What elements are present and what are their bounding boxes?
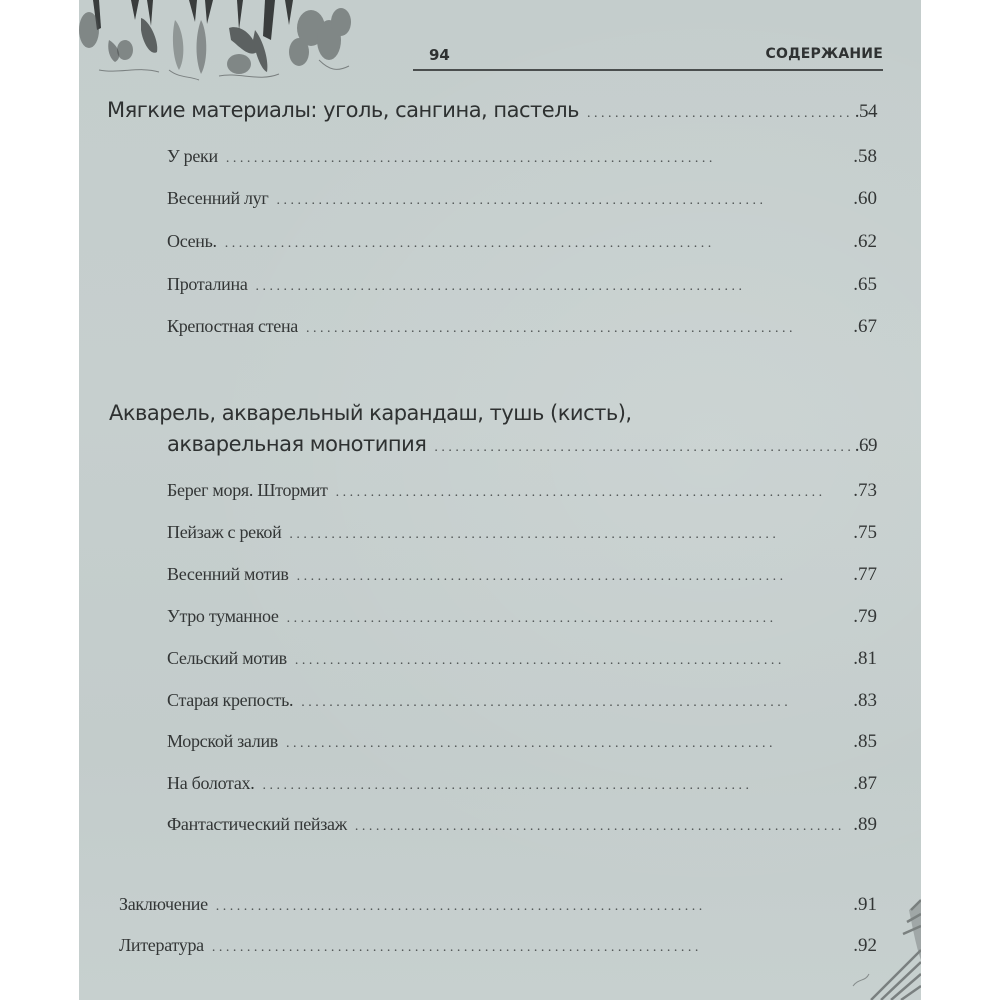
dot-leader	[434, 440, 851, 456]
toc-entry[interactable]: Фантастический пейзаж .89	[167, 814, 877, 836]
toc-entry-title: На болотах.	[167, 773, 254, 794]
toc-page-number: .60	[853, 188, 877, 210]
toc-entry-conclusion[interactable]: Заключение .91	[119, 894, 877, 916]
page-number: 94	[429, 46, 450, 64]
toc-entry-title: Заключение	[119, 894, 208, 915]
dot-leader	[262, 778, 850, 794]
dot-leader	[256, 279, 851, 295]
toc-page-number: .67	[853, 316, 877, 338]
toc-page-number: .91	[853, 894, 877, 916]
toc-page-number: .75	[853, 522, 877, 544]
toc-entry-title: Литература	[119, 935, 204, 956]
running-head-title: СОДЕРЖАНИЕ	[766, 46, 883, 62]
book-page: 94 СОДЕРЖАНИЕ Мягкие материалы: уголь, с…	[79, 0, 921, 1000]
dot-leader	[355, 819, 850, 835]
toc-entry[interactable]: Весенний мотив .77	[167, 564, 877, 586]
dot-leader	[287, 611, 851, 627]
toc-page-number: .79	[853, 606, 877, 628]
toc-page-number: .65	[853, 274, 877, 296]
ink-brush-illustration-icon	[79, 0, 409, 90]
toc-entry-title: Старая крепость.	[167, 690, 293, 711]
toc-page-number: .87	[853, 773, 877, 795]
dot-leader	[587, 106, 852, 122]
toc-section-title-line1[interactable]: Акварель, акварельный карандаш, тушь (ки…	[109, 401, 632, 425]
toc-page-number: .85	[853, 731, 877, 753]
toc-entry-title: Морской залив	[167, 731, 278, 752]
toc-page-number: .69	[855, 435, 877, 457]
toc-entry[interactable]: Утро туманное .79	[167, 606, 877, 628]
toc-page-number: .77	[853, 564, 877, 586]
toc-page-number: .58	[853, 146, 877, 168]
dot-leader	[286, 736, 850, 752]
toc-entry[interactable]: Старая крепость. .83	[167, 690, 877, 712]
toc-page-number: .81	[853, 648, 877, 670]
toc-entry-title: Осень.	[167, 231, 217, 252]
toc-section-soft-materials[interactable]: Мягкие материалы: уголь, сангина, пастел…	[107, 98, 877, 123]
toc-entry-title: Пейзаж с рекой	[167, 522, 281, 543]
dot-leader	[295, 653, 850, 669]
toc-entry[interactable]: Крепостная стена .67	[167, 316, 877, 338]
toc-page-number: .92	[853, 935, 877, 957]
toc-entry-title: Крепостная стена	[167, 316, 298, 337]
dot-leader	[212, 940, 850, 956]
toc-section-title: Мягкие материалы: уголь, сангина, пастел…	[107, 98, 579, 122]
dot-leader	[289, 527, 850, 543]
toc-entry-title: У реки	[167, 146, 218, 167]
toc-entry-title: Берег моря. Штормит	[167, 480, 328, 501]
dot-leader	[225, 236, 851, 252]
toc-entry[interactable]: Проталина .65	[167, 274, 877, 296]
toc-entry-title: Фантастический пейзаж	[167, 814, 347, 835]
toc-entry-title: Весенний луг	[167, 188, 268, 209]
dot-leader	[301, 695, 850, 711]
running-head: 94 СОДЕРЖАНИЕ	[413, 40, 883, 70]
toc-section-watercolor[interactable]: акварельная монотипия .69	[167, 432, 877, 457]
toc-entry-title: Проталина	[167, 274, 248, 295]
toc-section-title-line2: акварельная монотипия	[167, 432, 426, 456]
toc-entry[interactable]: На болотах. .87	[167, 773, 877, 795]
header-rule	[413, 69, 883, 71]
toc-page-number: .89	[853, 814, 877, 836]
toc-entry[interactable]: Сельский мотив .81	[167, 648, 877, 670]
toc-entry-title: Весенний мотив	[167, 564, 289, 585]
dot-leader	[216, 899, 850, 915]
toc-entry-title: Сельский мотив	[167, 648, 287, 669]
toc-page-number: .54	[855, 101, 877, 123]
toc-entry[interactable]: Морской залив .85	[167, 731, 877, 753]
dot-leader	[336, 485, 851, 501]
toc-entry[interactable]: Осень. .62	[167, 231, 877, 253]
toc-entry-literature[interactable]: Литература .92	[119, 935, 877, 957]
toc-entry[interactable]: Весенний луг .60	[167, 188, 877, 210]
toc-entry[interactable]: Пейзаж с рекой .75	[167, 522, 877, 544]
dot-leader	[276, 193, 850, 209]
toc-entry[interactable]: Берег моря. Штормит .73	[167, 480, 877, 502]
dot-leader	[297, 569, 851, 585]
dot-leader	[306, 321, 850, 337]
toc-page-number: .73	[853, 480, 877, 502]
toc-entry-title: Утро туманное	[167, 606, 279, 627]
toc-entry[interactable]: У реки .58	[167, 146, 877, 168]
toc-page-number: .62	[853, 231, 877, 253]
toc-page-number: .83	[853, 690, 877, 712]
dot-leader	[226, 151, 850, 167]
